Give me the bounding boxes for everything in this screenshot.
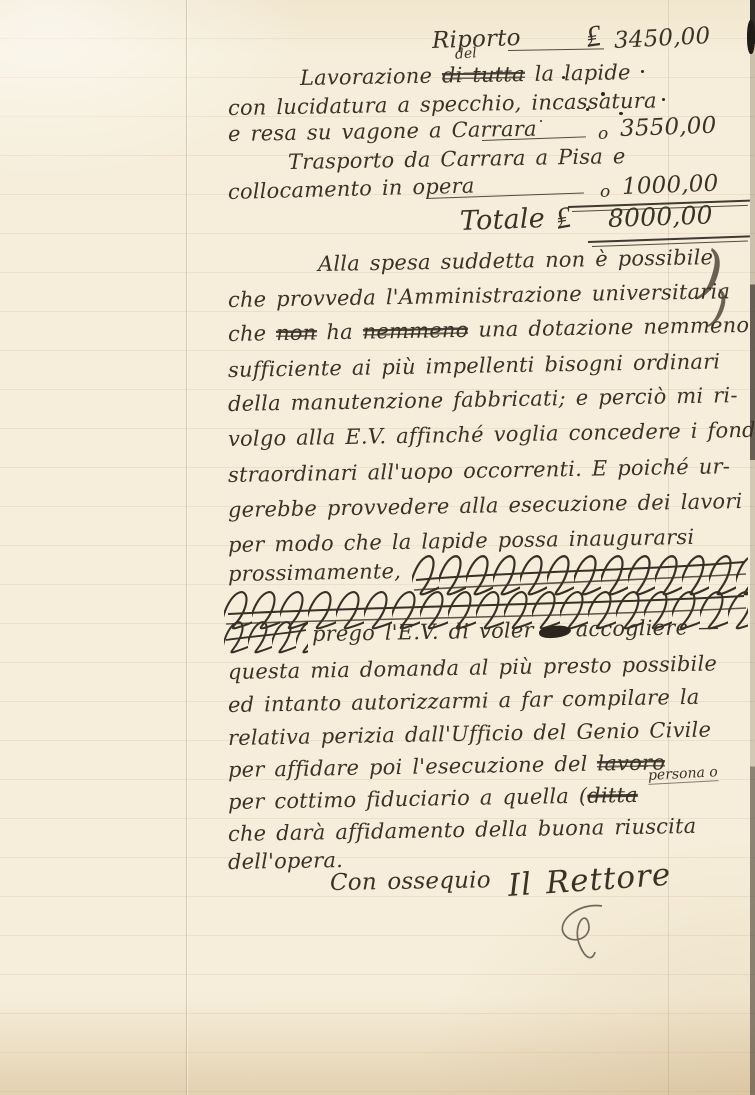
line-text: dell'opera. <box>228 848 343 874</box>
ledger-item1-line2: con lucidatura a specchio, incassatura <box>228 89 657 120</box>
item1-pre: Lavorazione <box>300 64 442 90</box>
paragraph-line-3: che non ha nemmeno una dotazione nemmeno <box>228 313 750 346</box>
ledger-item1-line1: Lavorazione di tutta la lapide <box>300 60 631 90</box>
amount-text: 8000,00 <box>607 200 713 233</box>
item1-ditto: o <box>598 124 608 144</box>
paragraph-line-16: per affidare poi l'esecuzione del lavoro <box>228 750 665 782</box>
scan-edge-shadow <box>750 0 755 1095</box>
line-text: con lucidatura a specchio, incassatura <box>228 89 657 120</box>
ink-dot <box>586 108 589 111</box>
ink-dot <box>562 76 565 79</box>
scribble-strikeout-start <box>224 614 308 660</box>
paragraph-line-4: sufficiente ai più impellenti bisogni or… <box>228 349 721 382</box>
line-text: e resa su vagone a Carrara <box>228 117 537 146</box>
line-text: sufficiente ai più impellenti bisogni or… <box>228 349 721 382</box>
item2-amount: 1000,00 <box>622 171 719 200</box>
amount-text: 1000,00 <box>622 171 719 200</box>
signature-paraph-icon <box>548 902 618 974</box>
scanned-letter-page: { "colors": { "paper": "#f6eeda", "ink":… <box>0 0 755 1095</box>
line-text: Trasporto da Carrara a Pisa e <box>288 144 626 174</box>
total-text: Totale <box>459 203 545 237</box>
paragraph-line-19: dell'opera. <box>228 848 343 874</box>
line-text: che <box>228 321 277 346</box>
paragraph-line-18: che darà affidamento della buona riuscit… <box>228 814 697 846</box>
line-text: che provveda l'Amministrazione universit… <box>228 279 731 312</box>
line-text: volgo alla E.V. affinché voglia conceder… <box>228 418 755 451</box>
struck-word: nemmeno <box>362 318 468 344</box>
struck-word: non <box>276 320 317 345</box>
line-text: gerebbe provvedere alla esecuzione dei l… <box>228 489 743 522</box>
item1-struck-words: di tutta <box>442 62 525 87</box>
closing-salutation: Con ossequio <box>330 867 491 896</box>
ink-dot <box>641 70 644 73</box>
paragraph-line-6: volgo alla E.V. affinché voglia conceder… <box>228 418 755 451</box>
line-text: accogliere — <box>575 615 719 642</box>
item2-ditto: o <box>600 182 610 202</box>
line-text: che darà affidamento della buona riuscit… <box>228 814 697 846</box>
ledger-item2-line1: Trasporto da Carrara a Pisa e <box>288 144 626 174</box>
total-amount: 8000,00 <box>607 200 713 233</box>
ink-blot-cancelled-word <box>538 624 571 639</box>
ink-dot <box>540 120 542 122</box>
line-text: della manutenzione fabbricati; e perciò … <box>228 383 738 416</box>
paragraph-line-1: Alla spesa suddetta non è possibile <box>318 245 714 276</box>
ledger-item2-line2: collocamento in opera <box>228 174 475 204</box>
amount-text: 3550,00 <box>620 113 717 142</box>
signature: Il Rettore <box>507 857 673 904</box>
item1-post: la lapide <box>525 60 631 86</box>
line-text: collocamento in opera <box>228 174 475 204</box>
scan-edge-mark <box>747 20 755 54</box>
paragraph-line-8: gerebbe provvedere alla esecuzione dei l… <box>228 489 743 522</box>
riporto-amount: 3450,00 <box>613 23 711 54</box>
total-label: Totale <box>459 203 545 237</box>
amount-text: 3450,00 <box>613 23 711 54</box>
struck-word: ditta <box>587 783 638 808</box>
line-text: ed intanto autorizzarmi a far compilare … <box>228 685 700 717</box>
line-text: ha <box>316 320 363 345</box>
line-text: prego l'E.V. di voler <box>312 618 534 646</box>
line-text: Alla spesa suddetta non è possibile <box>318 245 714 276</box>
paragraph-line-2: che provveda l'Amministrazione universit… <box>228 279 731 312</box>
paragraph-line-5: della manutenzione fabbricati; e perciò … <box>228 383 738 416</box>
paragraph-line-7: straordinari all'uopo occorrenti. E poic… <box>228 454 730 487</box>
line-text: straordinari all'uopo occorrenti. E poic… <box>228 454 730 487</box>
item1-amount: 3550,00 <box>620 113 717 142</box>
ink-dot <box>619 112 623 115</box>
insert-text: del <box>454 45 477 62</box>
signature-text: Il Rettore <box>507 857 673 904</box>
item1-inserted-word: del <box>454 45 477 62</box>
paragraph-line-17: per cottimo fiduciario a quella (ditta <box>228 783 638 814</box>
ink-dot <box>601 92 605 96</box>
ink-dot <box>662 98 665 101</box>
line-text: relativa perizia dall'Ufficio del Genio … <box>228 718 712 750</box>
salutation-text: Con ossequio <box>330 867 491 896</box>
line-text: per affidare poi l'esecuzione del <box>228 752 598 782</box>
inserted-correction: persona o <box>648 764 719 785</box>
line-text: per cottimo fiduciario a quella ( <box>228 784 588 814</box>
insert-text: persona o <box>648 764 719 784</box>
left-fold-highlight <box>187 0 188 1095</box>
ledger-item1-line3: e resa su vagone a Carrara <box>228 117 537 146</box>
ditto-text: o <box>598 124 608 144</box>
paragraph-line-14: ed intanto autorizzarmi a far compilare … <box>228 685 700 717</box>
paragraph-line-15: relativa perizia dall'Ufficio del Genio … <box>228 718 712 750</box>
ditto-text: o <box>600 182 610 202</box>
